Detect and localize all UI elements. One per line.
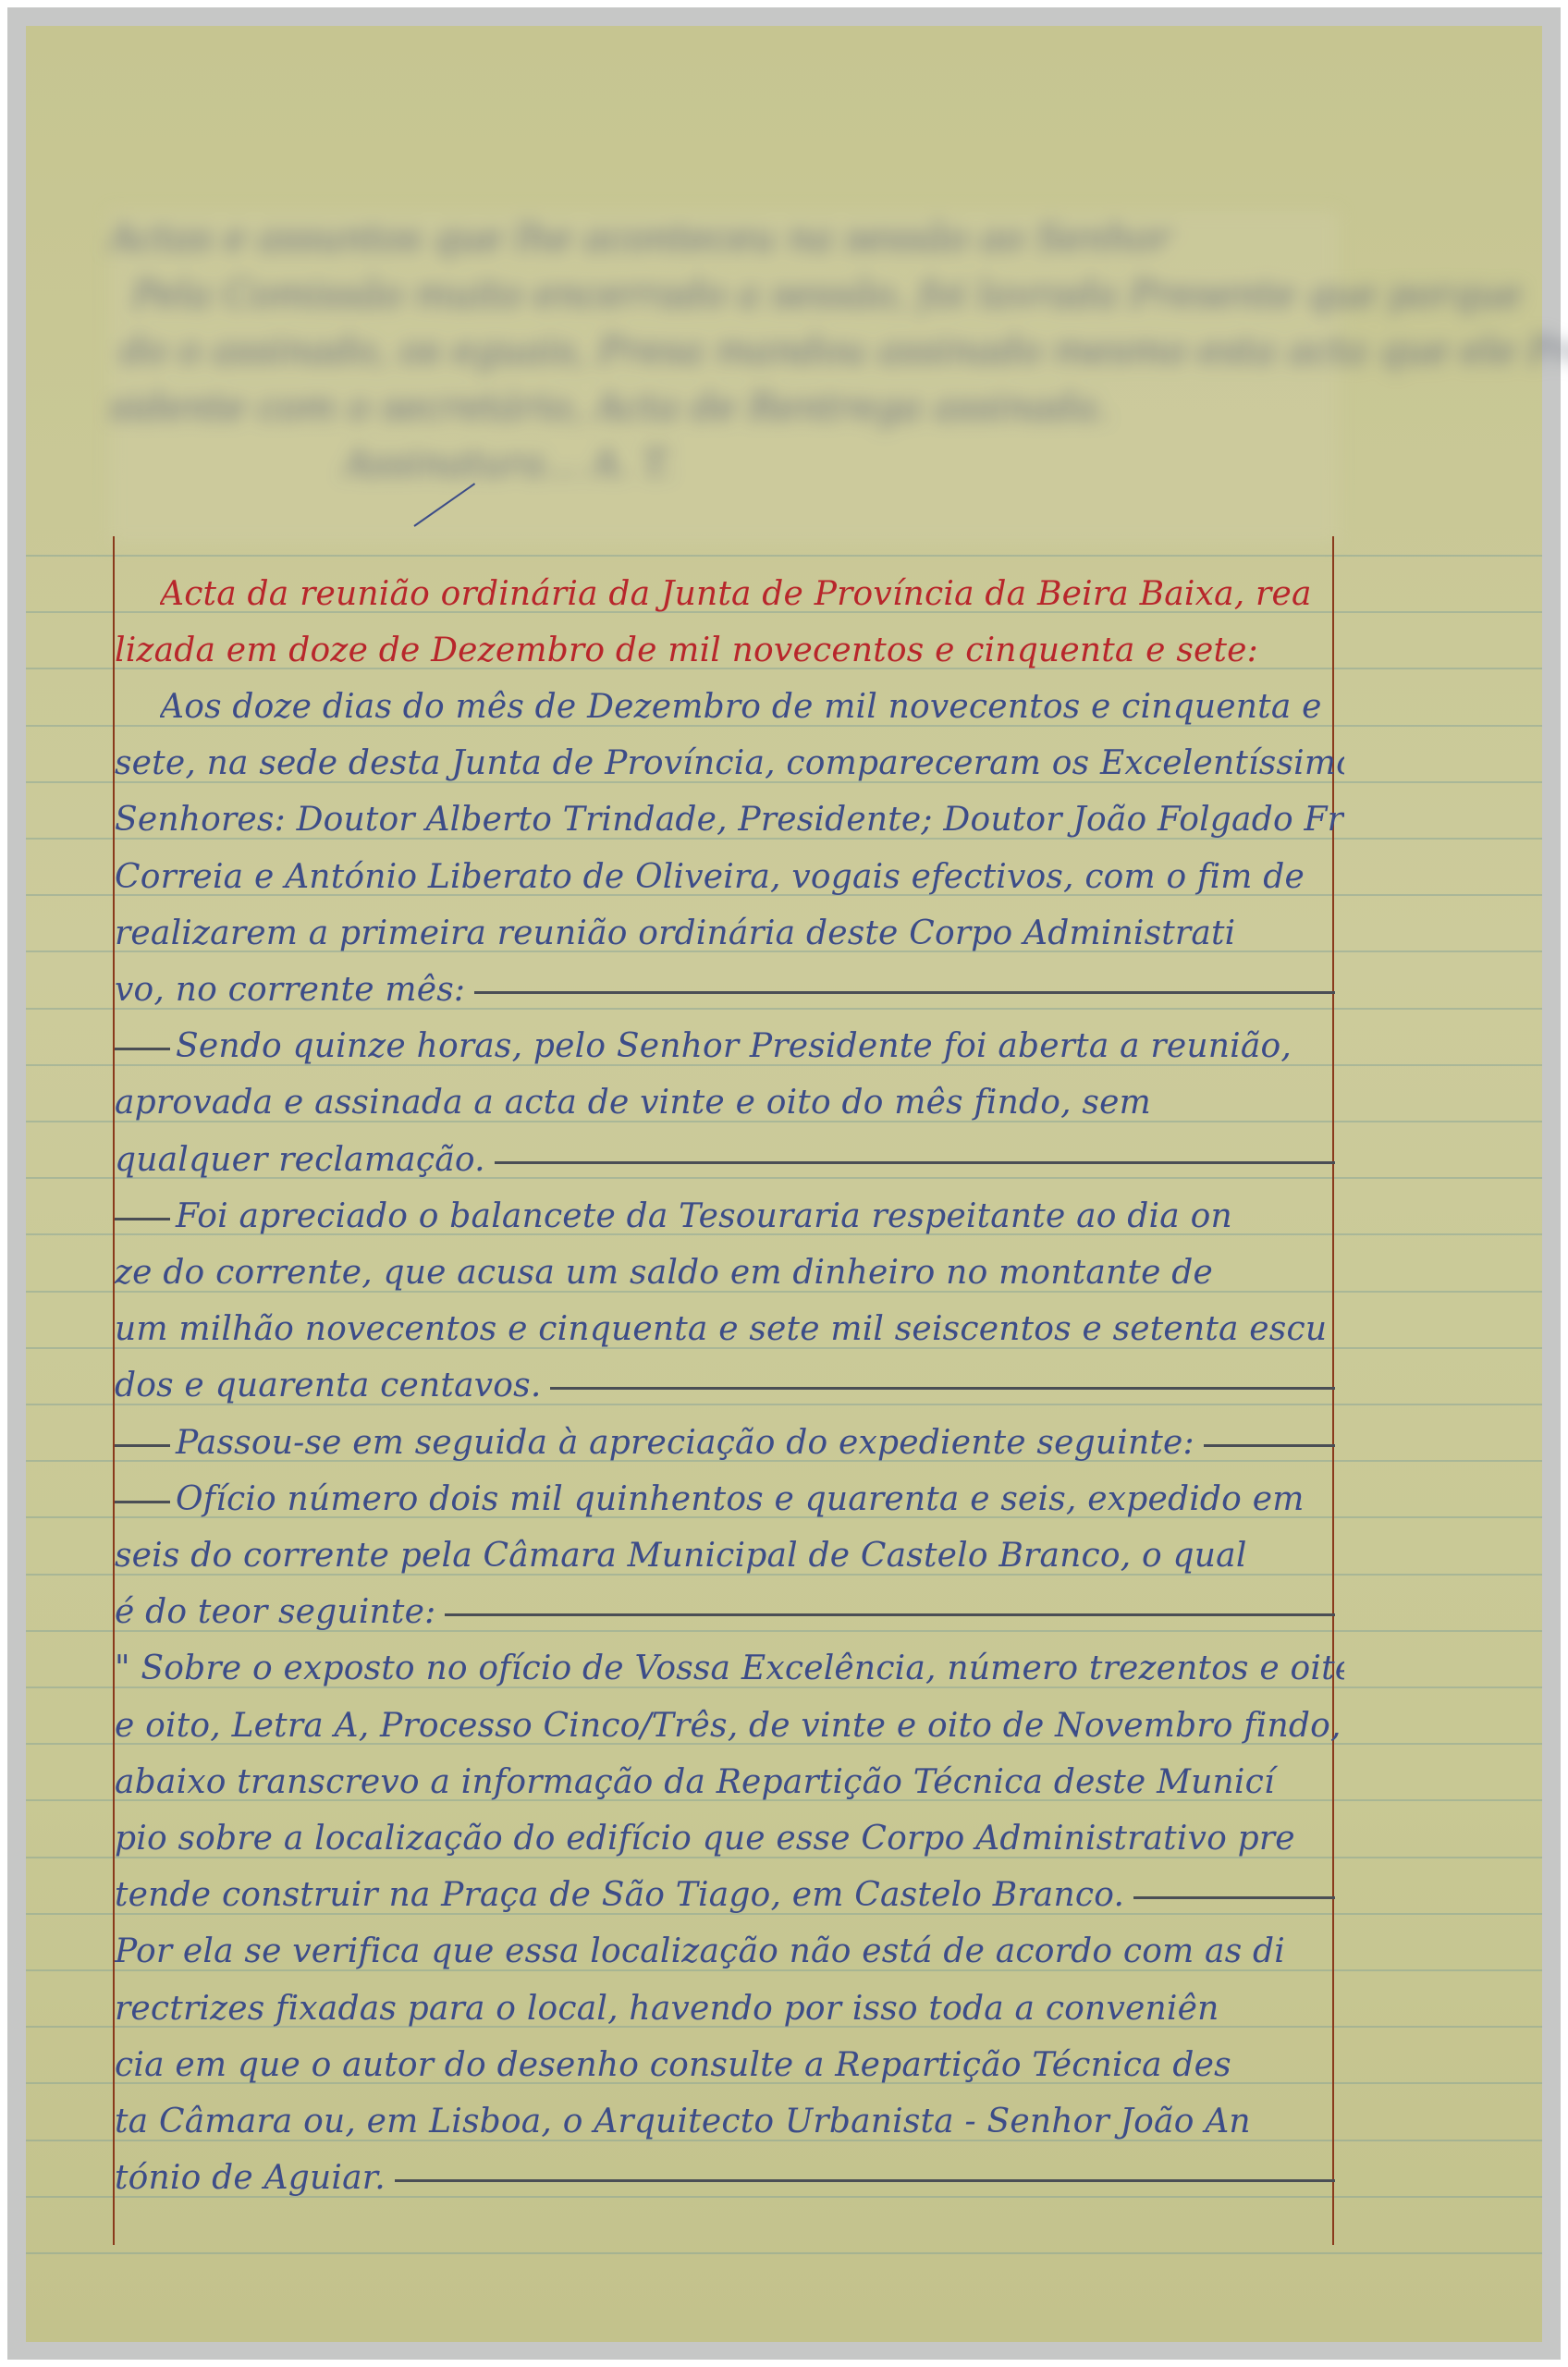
line-text: tende construir na Praça de São Tiago, e… [115, 1876, 1124, 1914]
line-text: abaixo transcrevo a informação da Repart… [115, 1763, 1275, 1801]
line-text: cia em que o autor do desenho consulte a… [115, 2046, 1231, 2084]
line-text: ta Câmara ou, em Lisboa, o Arquitecto Ur… [115, 2103, 1251, 2140]
line-filler [474, 991, 1335, 994]
line-text: pio sobre a localização do edifício que … [115, 1820, 1295, 1858]
minutes-line: cia em que o autor do desenho consulte a… [115, 2042, 1344, 2089]
line-text: Senhores: Doutor Alberto Trindade, Presi… [115, 801, 1344, 839]
minutes-line: Senhores: Doutor Alberto Trindade, Presi… [115, 797, 1344, 843]
line-text: Passou-se em seguida à apreciação do exp… [176, 1424, 1194, 1462]
redacted-previous-minutes: Actas e assuntos que lhe aconteceu na se… [109, 211, 1339, 544]
line-text: Por ela se verifica que essa localização… [115, 1932, 1285, 1970]
line-text: aprovada e assinada a acta de vinte e oi… [115, 1084, 1151, 1122]
leading-dash [115, 1444, 170, 1447]
minutes-line: aprovada e assinada a acta de vinte e oi… [115, 1080, 1344, 1126]
minutes-line: rectrizes fixadas para o local, havendo … [115, 1986, 1344, 2032]
minutes-line: Sendo quinze horas, pelo Senhor Presiden… [115, 1024, 1344, 1070]
line-text: seis do corrente pela Câmara Municipal d… [115, 1537, 1247, 1575]
minutes-line: um milhão novecentos e cinquenta e sete … [115, 1306, 1344, 1353]
minutes-line: e oito, Letra A, Processo Cinco/Três, de… [115, 1703, 1344, 1749]
line-text: e oito, Letra A, Processo Cinco/Três, de… [115, 1707, 1341, 1745]
line-text: é do teor seguinte: [115, 1593, 435, 1631]
minutes-line: Passou-se em seguida à apreciação do exp… [115, 1420, 1344, 1466]
leading-dash [115, 1501, 170, 1503]
minutes-line: qualquer reclamação. [115, 1137, 1344, 1183]
ruled-line [26, 555, 1542, 557]
line-text: sete, na sede desta Junta de Província, … [115, 744, 1344, 782]
line-filler [550, 1387, 1335, 1390]
minutes-line: pio sobre a localização do edifício que … [115, 1816, 1344, 1862]
line-text: vo, no corrente mês: [115, 971, 465, 1009]
title-line-1: Acta da reunião ordinária da Junta de Pr… [160, 571, 1390, 618]
minutes-line: Por ela se verifica que essa localização… [115, 1929, 1344, 1975]
minutes-line: vo, no corrente mês: [115, 967, 1344, 1013]
minutes-line: Aos doze dias do mês de Dezembro de mil … [160, 684, 1390, 730]
line-filler [445, 1613, 1335, 1616]
minutes-line: ta Câmara ou, em Lisboa, o Arquitecto Ur… [115, 2099, 1344, 2145]
leading-dash [115, 1048, 170, 1050]
ruled-line [26, 2252, 1542, 2254]
minutes-line: ze do corrente, que acusa um saldo em di… [115, 1250, 1344, 1296]
minutes-line: abaixo transcrevo a informação da Repart… [115, 1760, 1344, 1806]
line-text: Ofício número dois mil quinhentos e quar… [176, 1480, 1305, 1518]
minutes-line: seis do corrente pela Câmara Municipal d… [115, 1533, 1344, 1579]
line-text: Aos doze dias do mês de Dezembro de mil … [160, 688, 1322, 726]
leading-dash [115, 1218, 170, 1220]
ledger-page: Actas e assuntos que lhe aconteceu na se… [26, 26, 1542, 2342]
minutes-line: tónio de Aguiar. [115, 2155, 1344, 2201]
line-filler [1133, 1896, 1335, 1899]
minutes-line: Foi apreciado o balancete da Tesouraria … [115, 1194, 1344, 1240]
minutes-line: sete, na sede desta Junta de Província, … [115, 741, 1344, 787]
line-text: Foi apreciado o balancete da Tesouraria … [176, 1197, 1232, 1235]
line-text: Sendo quinze horas, pelo Senhor Presiden… [176, 1027, 1292, 1065]
title-line-2: lizada em doze de Dezembro de mil novece… [115, 628, 1344, 674]
line-text: Correia e António Liberato de Oliveira, … [115, 858, 1305, 896]
line-text: rectrizes fixadas para o local, havendo … [115, 1990, 1219, 2028]
line-text: dos e quarenta centavos. [115, 1367, 541, 1404]
minutes-line: tende construir na Praça de São Tiago, e… [115, 1872, 1344, 1919]
line-text: " Sobre o exposto no ofício de Vossa Exc… [115, 1650, 1344, 1687]
minutes-line: realizarem a primeira reunião ordinária … [115, 911, 1344, 957]
line-text: realizarem a primeira reunião ordinária … [115, 914, 1235, 952]
minutes-line: Ofício número dois mil quinhentos e quar… [115, 1477, 1344, 1523]
minutes-line: dos e quarenta centavos. [115, 1363, 1344, 1409]
line-text: qualquer reclamação. [115, 1141, 485, 1179]
line-filler [395, 2179, 1335, 2182]
line-filler [1204, 1444, 1335, 1447]
line-text: ze do corrente, que acusa um saldo em di… [115, 1254, 1213, 1292]
minutes-line: Correia e António Liberato de Oliveira, … [115, 854, 1344, 901]
line-text: tónio de Aguiar. [115, 2159, 386, 2197]
line-filler [495, 1161, 1335, 1164]
line-text: um milhão novecentos e cinquenta e sete … [115, 1310, 1327, 1348]
minutes-line: é do teor seguinte: [115, 1589, 1344, 1636]
minutes-line: " Sobre o exposto no ofício de Vossa Exc… [115, 1646, 1344, 1692]
